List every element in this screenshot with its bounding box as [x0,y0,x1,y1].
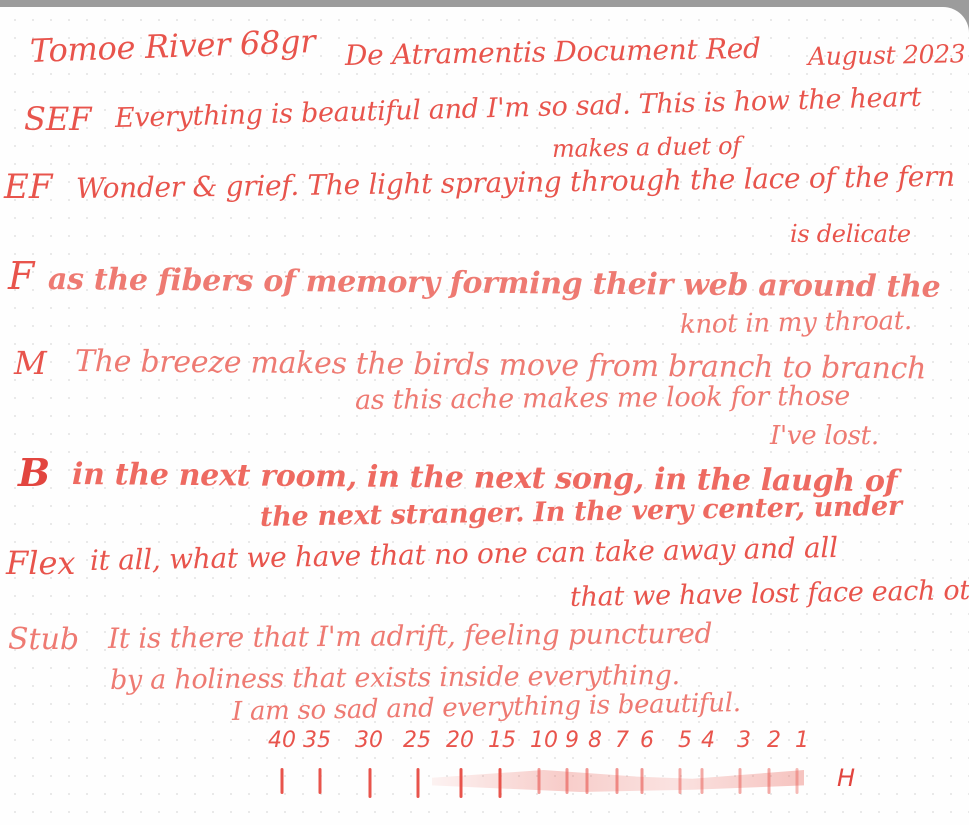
scale-label: 5 [678,730,692,752]
scale-label: 8 [588,730,602,752]
scale-label: 6 [640,730,654,752]
line-4-text: The breeze makes the birds move from bra… [75,347,926,384]
scale-tick [768,768,771,794]
line-3-text: as the fibers of memory forming their we… [48,265,941,303]
scale-tick [566,768,569,794]
scale-tick [417,768,420,798]
scale-tick [460,768,463,798]
line-6-continuation: that we have lost face each other [570,576,969,611]
scale-label: 35 [303,730,331,752]
scale-end-mark: H [837,766,855,790]
scale-tick [499,768,502,798]
scale-label: 7 [615,730,629,752]
line-7-text: It is there that I'm adrift, feeling pun… [108,620,712,653]
scale-tick [586,768,589,794]
line-1-text: Everything is beautiful and I'm so sad. … [115,84,922,132]
scale-label: 30 [355,730,383,752]
scale-label: 15 [488,730,516,752]
scale-label: 10 [530,730,558,752]
nib-label-b: B [18,454,50,492]
scale-label: 2 [767,730,781,752]
nib-label-ef: EF [4,170,52,204]
line-7-continuation: by a holiness that exists inside everyth… [110,662,680,694]
scale-tick [319,768,322,794]
scale-label: 1 [795,730,809,752]
line-7-continuation-2: I am so sad and everything is beautiful. [232,690,741,725]
scale-tick [739,768,742,794]
scale-label: 4 [701,730,715,752]
scanned-page: Tomoe River 68gr De Atramentis Document … [0,0,969,825]
header-date: August 2023 [808,41,966,69]
scale-label: 25 [403,730,431,752]
scale-tick [641,768,644,794]
line-2-text: Wonder & grief. The light spraying throu… [76,163,955,203]
header-ink-name: De Atramentis Document Red [345,35,761,70]
scale-label: 20 [446,730,474,752]
nib-label-m: M [14,347,47,379]
header-pen: Tomoe River 68gr [29,25,315,67]
line-2-continuation: is delicate [790,222,911,246]
line-4-continuation-2: I've lost. [770,423,879,449]
line-6-text: it all, what we have that no one can tak… [90,534,838,575]
line-5-continuation: the next stranger. In the very center, u… [260,493,902,531]
line-5-text: in the next room, in the next song, in t… [72,460,897,497]
nib-label-stub: Stub [8,625,79,655]
nib-label-f: F [8,257,34,295]
line-1-continuation: makes a duet of [552,134,741,161]
scale-label: 9 [565,730,579,752]
notebook-page: Tomoe River 68gr De Atramentis Document … [0,7,969,825]
scale-tick [281,768,284,794]
scale-tick [538,768,541,794]
scale-tick [616,768,619,794]
line-3-continuation: knot in my throat. [680,308,912,338]
scale-label: 40 [268,730,296,752]
nib-label-sef: SEF [24,103,91,135]
nib-label-flex: Flex [6,547,75,579]
scale-tick [796,768,799,794]
scale-label: 3 [737,730,751,752]
line-4-continuation: as this ache makes me look for those [355,383,850,414]
scale-tick [369,768,372,798]
dilution-scale: 40 35 30 25 20 15 10 9 8 7 6 5 4 3 2 1 [262,730,862,800]
scale-tick [679,768,682,794]
scale-tick [701,768,704,794]
